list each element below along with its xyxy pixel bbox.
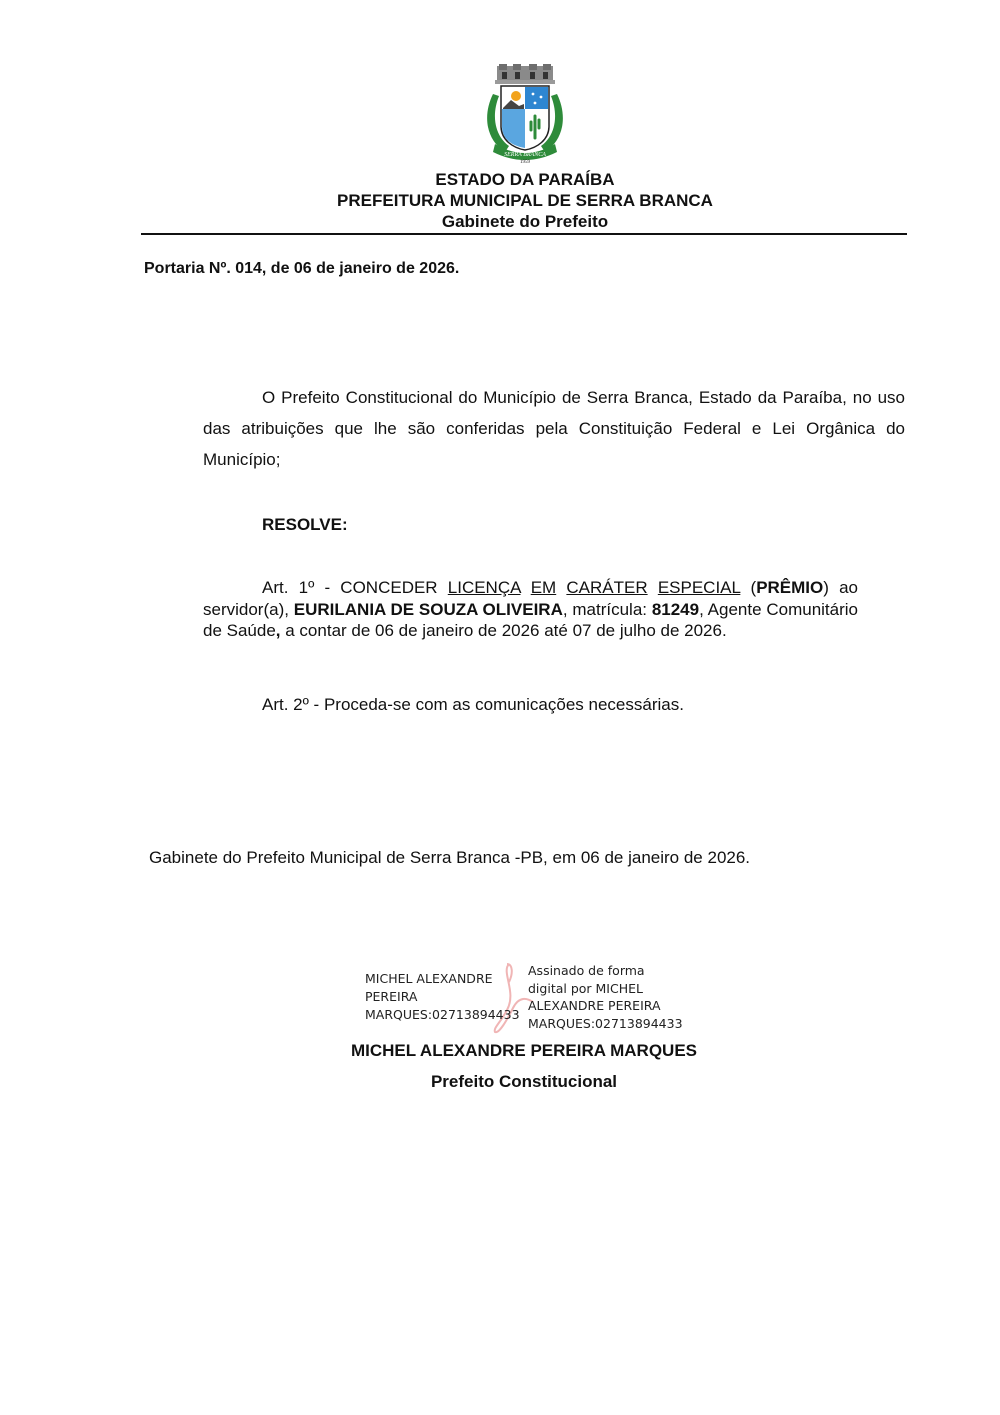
stamp-line: ALEXANDRE PEREIRA	[528, 997, 683, 1015]
header-office: Gabinete do Prefeito	[0, 211, 1000, 232]
svg-text:SERRA BRANCA: SERRA BRANCA	[504, 152, 546, 158]
matricula-label: , matrícula:	[563, 600, 652, 619]
art1-prefix: Art. 1º - CONCEDER	[262, 578, 448, 597]
leave-period: a contar de 06 de janeiro de 2026 até 07…	[281, 621, 727, 640]
art1-underlined-word: CARÁTER	[566, 578, 647, 597]
employee-name: EURILANIA DE SOUZA OLIVEIRA	[294, 600, 563, 619]
document-title: Portaria Nº. 014, de 06 de janeiro de 20…	[144, 260, 459, 278]
stamp-line: PEREIRA	[365, 988, 520, 1006]
article-2: Art. 2º - Proceda-se com as comunicações…	[262, 695, 684, 715]
signer-title: Prefeito Constitucional	[0, 1072, 1000, 1092]
header-state: ESTADO DA PARAÍBA	[0, 169, 1000, 190]
art1-premio: PRÊMIO	[756, 578, 823, 597]
header-prefecture: PREFEITURA MUNICIPAL DE SERRA BRANCA	[0, 190, 1000, 211]
art1-text: (	[740, 578, 756, 597]
coat-of-arms-icon: SERRA BRANCA 1959	[483, 64, 567, 164]
stamp-line: MARQUES:02713894433	[528, 1015, 683, 1033]
matricula-number: 81249	[652, 600, 699, 619]
art1-underlined-word: EM	[531, 578, 557, 597]
stamp-line: digital por MICHEL	[528, 980, 683, 998]
preamble-paragraph: O Prefeito Constitucional do Município d…	[203, 382, 905, 475]
signature-stamp-details: Assinado de forma digital por MICHEL ALE…	[528, 962, 683, 1032]
closing-line: Gabinete do Prefeito Municipal de Serra …	[149, 848, 750, 868]
svg-text:1959: 1959	[520, 160, 531, 164]
stamp-line: MICHEL ALEXANDRE	[365, 970, 520, 988]
stamp-line: Assinado de forma	[528, 962, 683, 980]
header-divider	[141, 233, 907, 235]
resolve-heading: RESOLVE:	[262, 515, 348, 535]
signature-stamp-name: MICHEL ALEXANDRE PEREIRA MARQUES:0271389…	[365, 970, 520, 1024]
art1-underlined-word: ESPECIAL	[658, 578, 741, 597]
signer-name: MICHEL ALEXANDRE PEREIRA MARQUES	[0, 1041, 1000, 1061]
art1-underlined-word: LICENÇA	[448, 578, 521, 597]
stamp-line: MARQUES:02713894433	[365, 1006, 520, 1024]
article-1: Art. 1º - CONCEDER LICENÇA EM CARÁTER ES…	[203, 577, 858, 642]
